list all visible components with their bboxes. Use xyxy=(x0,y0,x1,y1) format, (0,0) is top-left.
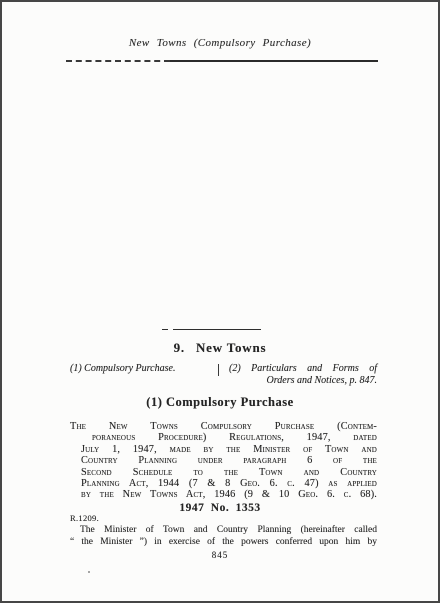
notice-line: Planning Act, 1944 (7 & 8 Geo. 6. c. 47)… xyxy=(70,478,377,489)
section-number: 9. xyxy=(174,340,185,355)
section-divider-dash xyxy=(162,329,168,330)
index-entry-compulsory-purchase: (1) Compulsory Purchase. xyxy=(70,363,218,387)
scan-speck-artifact xyxy=(88,571,90,573)
column-divider xyxy=(218,364,219,376)
notice-line: The New Towns Compulsory Purchase (Conte… xyxy=(70,421,377,432)
scanned-document-page: New Towns (Compulsory Purchase) 9.New To… xyxy=(0,0,440,603)
header-rule-solid-segment xyxy=(170,60,378,62)
section-heading: 9.New Towns xyxy=(2,340,438,356)
index-entry-particulars: (2) Particulars and Forms of Orders and … xyxy=(229,363,377,387)
notice-line: Country Planning under paragraph 6 of th… xyxy=(70,455,377,466)
notice-paragraph: The New Towns Compulsory Purchase (Conte… xyxy=(70,421,377,501)
running-header: New Towns (Compulsory Purchase) xyxy=(2,37,438,49)
section-divider-rule xyxy=(173,329,261,330)
si-number-heading: 1947 No. 1353 xyxy=(2,502,438,514)
notice-line: Second Schedule to the Town and Country xyxy=(70,467,377,478)
index-entry-particulars-line2: Orders and Notices, p. 847. xyxy=(229,375,377,387)
header-rule-dashed-segment xyxy=(66,60,170,62)
contents-index: (1) Compulsory Purchase. (2) Particulars… xyxy=(70,363,377,387)
page-number: 845 xyxy=(2,550,438,560)
section-title: New Towns xyxy=(196,340,266,355)
header-rule xyxy=(66,60,378,62)
body-line: “ the Minister ”) in exercise of the pow… xyxy=(70,537,377,549)
subsection-heading: (1) Compulsory Purchase xyxy=(2,395,438,410)
notice-line: July 1, 1947, made by the Minister of To… xyxy=(70,444,377,455)
reference-number: R.1209. xyxy=(70,513,99,523)
body-line: The Minister of Town and Country Plannin… xyxy=(70,525,377,537)
body-paragraph: The Minister of Town and Country Plannin… xyxy=(70,525,377,548)
index-entry-particulars-line1: (2) Particulars and Forms of xyxy=(229,363,377,375)
notice-line: poraneous Procedure) Regulations, 1947, … xyxy=(70,432,377,443)
notice-line: by the New Towns Act, 1946 (9 & 10 Geo. … xyxy=(70,489,377,500)
